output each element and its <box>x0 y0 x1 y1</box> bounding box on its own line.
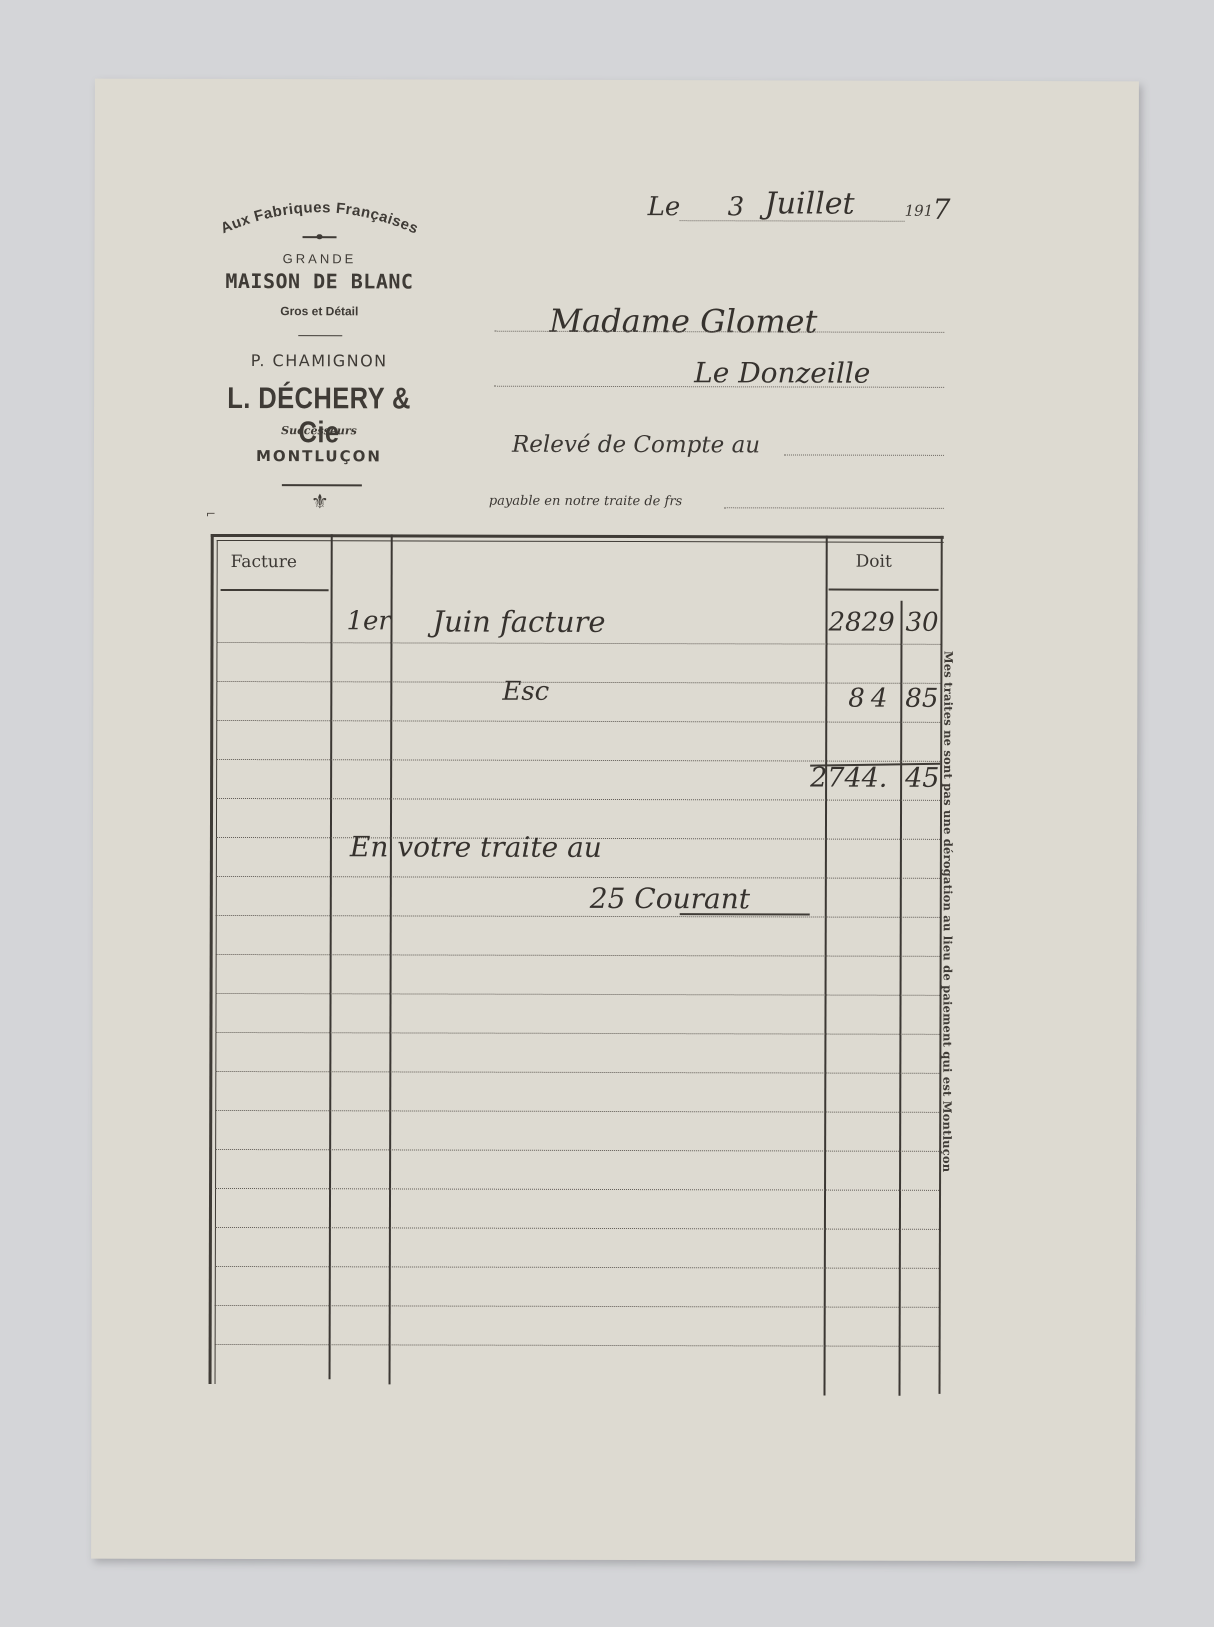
table-top-border-inner <box>217 540 944 543</box>
date-month: Juillet <box>765 186 855 221</box>
row-2-amount: 84 <box>848 684 893 714</box>
table-top-border <box>211 534 944 539</box>
table-left-border-inner <box>215 540 218 1384</box>
date-year-printed: 191 <box>905 202 934 220</box>
col-divider-doit <box>823 536 827 1396</box>
row-1-description: Juin facture <box>432 605 605 639</box>
letterhead-successeurs: Successeurs <box>204 424 434 438</box>
row-line <box>215 1110 939 1113</box>
ornament-dot-icon <box>317 234 323 239</box>
table-left-border <box>209 534 214 1384</box>
col-divider-facture <box>329 534 333 1379</box>
row-line <box>216 876 940 879</box>
side-note-vertical: Mes traites ne sont pas une dérogation a… <box>940 651 956 1251</box>
row-line <box>215 1188 939 1191</box>
fleur-de-lis-icon: ⚜ <box>311 489 329 513</box>
row-line <box>215 1071 939 1074</box>
row-line <box>216 993 940 996</box>
row-line <box>216 954 940 957</box>
col-divider-day <box>389 534 393 1384</box>
account-table: Facture Doit 1er Juin facture 2829 30 Es… <box>209 534 944 1386</box>
row-line <box>216 642 940 645</box>
row-line <box>215 1344 939 1347</box>
recipient-name: Madame Glomet <box>549 302 817 341</box>
letterhead-city: MONTLUÇON <box>204 447 434 466</box>
row-line <box>216 915 940 918</box>
row-2-cents: 85 <box>905 684 938 714</box>
header-facture: Facture <box>231 552 297 572</box>
header-facture-underline <box>221 589 329 591</box>
row-line <box>215 1266 939 1269</box>
note-line-1: En votre traite au <box>350 830 602 864</box>
col-divider-cents <box>898 601 902 1396</box>
releve-line <box>784 454 944 455</box>
row-line <box>216 798 940 801</box>
corner-mark-icon: ⌐ <box>206 507 216 521</box>
row-line <box>216 681 940 684</box>
date-prefix: Le <box>648 192 681 222</box>
header-doit: Doit <box>856 552 892 572</box>
letterhead-chamignon: P. CHAMIGNON <box>204 351 434 371</box>
letterhead-grande: GRANDE <box>204 251 434 267</box>
row-line <box>215 1032 939 1035</box>
ornament-divider-2 <box>298 335 342 336</box>
recipient-place: Le Donzeille <box>694 356 870 389</box>
releve-label: Relevé de Compte au <box>512 432 760 459</box>
note-underline <box>680 913 810 915</box>
total-cents: 45 <box>905 763 939 794</box>
letterhead-gros-detail: Gros et Détail <box>204 304 434 319</box>
svg-text:Aux Fabriques Françaises: Aux Fabriques Françaises <box>218 199 421 238</box>
row-1-cents: 30 <box>905 608 938 638</box>
row-line <box>216 759 940 762</box>
row-line <box>215 1149 939 1152</box>
row-1-day: 1er <box>346 606 390 636</box>
row-line <box>215 1227 939 1230</box>
letterhead-maison: MAISON DE BLANC <box>204 269 434 294</box>
invoice-page: Aux Fabriques Françaises GRANDE MAISON D… <box>91 79 1139 1562</box>
row-line <box>215 1305 939 1308</box>
row-1-amount: 2829 <box>828 608 894 638</box>
total-amount: 2744. <box>810 763 887 794</box>
header-doit-underline <box>829 589 939 591</box>
row-line <box>216 720 940 723</box>
row-2-description: Esc <box>502 677 549 707</box>
date-year-handwritten: 7 <box>933 193 951 226</box>
date-day: 3 <box>728 192 745 222</box>
payable-label: payable en notre traite de frs <box>489 494 682 510</box>
letterhead-rule <box>282 484 362 486</box>
note-line-2: 25 Courant <box>590 882 750 915</box>
arc-title-svg: Aux Fabriques Françaises <box>205 197 435 238</box>
payable-line <box>724 507 944 509</box>
letterhead-company: L. DÉCHERY & Cie <box>221 382 417 451</box>
